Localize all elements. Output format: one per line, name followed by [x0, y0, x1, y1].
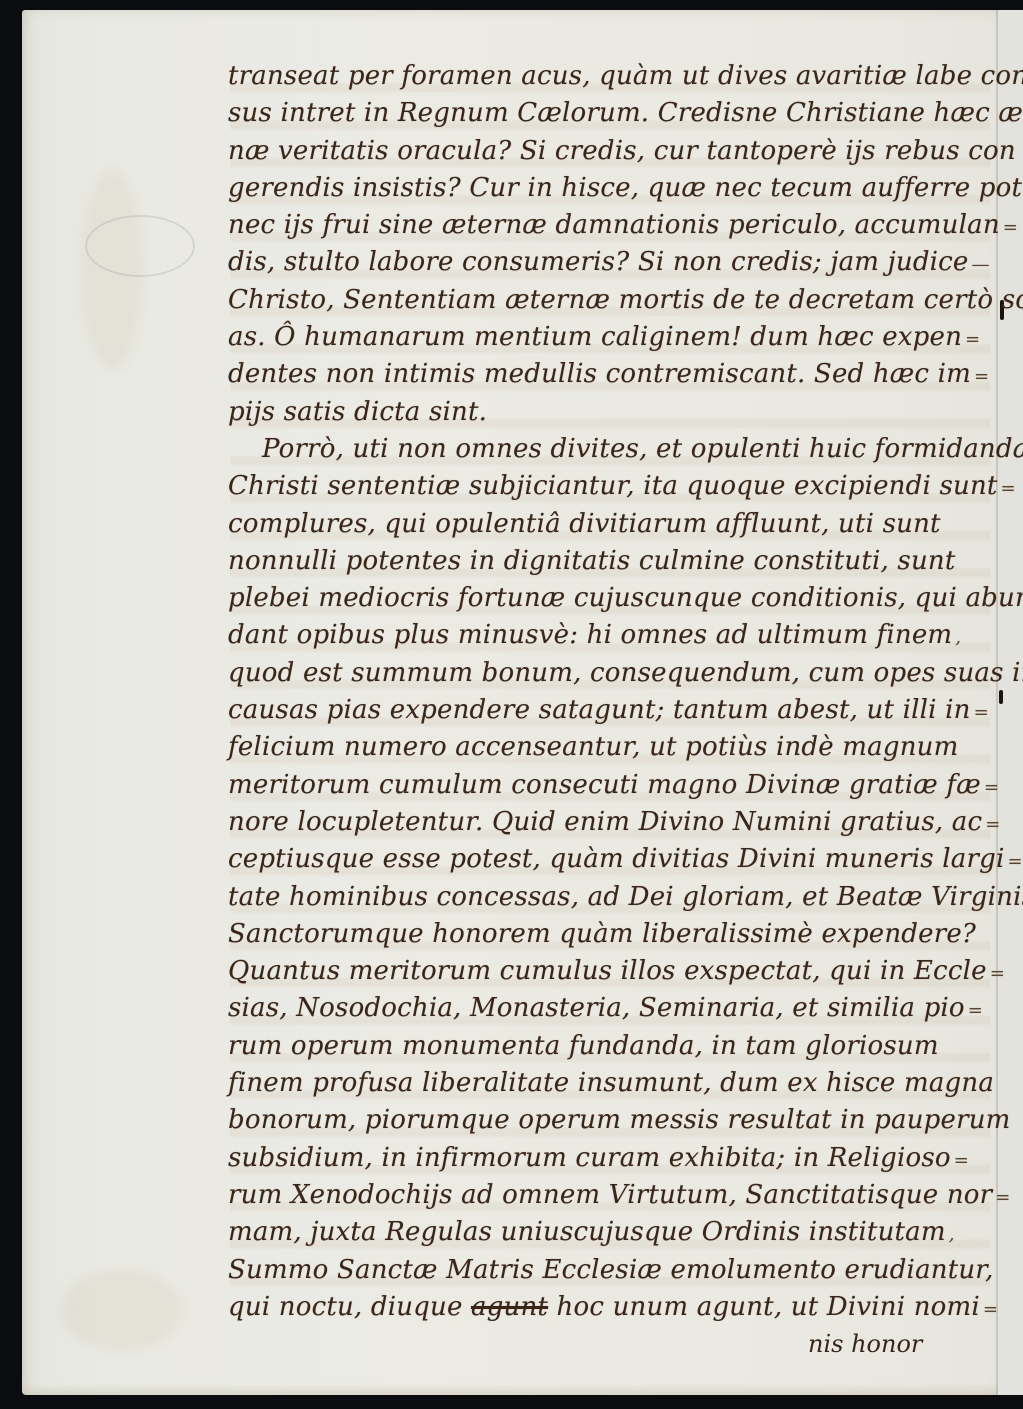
line-end-hyphen-mark: , [949, 1224, 955, 1245]
line-end-hyphen-mark: = [995, 1187, 1010, 1208]
manuscript-line: ceptiusque esse potest, quàm divitias Di… [228, 841, 998, 878]
line-text: rum operum monumenta fundanda, in tam gl… [228, 1031, 939, 1061]
line-text: mam, juxta Regulas uniuscujusque Ordinis… [228, 1217, 946, 1247]
manuscript-line: sias, Nosodochia, Monasteria, Seminaria,… [228, 990, 998, 1027]
manuscript-line: finem profusa liberalitate insumunt, dum… [228, 1065, 998, 1102]
foxing-stain [62, 1270, 182, 1350]
manuscript-line: bonorum, piorumque operum messis resulta… [228, 1102, 998, 1139]
line-end-hyphen-mark: , [955, 627, 961, 648]
manuscript-line: rum Xenodochijs ad omnem Virtutum, Sanct… [228, 1177, 998, 1214]
line-text: as. Ô humanarum mentium caliginem! dum h… [228, 322, 962, 352]
line-end-hyphen-mark: = [985, 814, 1000, 835]
line-text: complures, qui opulentiâ divitiarum affl… [228, 509, 941, 539]
line-text: ceptiusque esse potest, quàm divitias Di… [228, 844, 1004, 874]
binding-hole-mark [999, 690, 1003, 704]
manuscript-line: quod est summum bonum, consequendum, cum… [228, 655, 998, 692]
line-end-hyphen-mark: = [968, 1000, 983, 1021]
line-text: sias, Nosodochia, Monasteria, Seminaria,… [228, 993, 965, 1023]
line-end-hyphen-mark: = [1007, 851, 1022, 872]
line-end-hyphen-mark: = [1003, 217, 1018, 238]
line-text: Summo Sanctæ Matris Ecclesiæ emolumento … [228, 1255, 994, 1285]
line-end-hyphen-mark: = [984, 777, 999, 798]
manuscript-line: as. Ô humanarum mentium caliginem! dum h… [228, 319, 998, 356]
manuscript-line: dis, stulto labore consumeris? Si non cr… [228, 244, 998, 281]
manuscript-scan: transeat per foramen acus, quàm ut dives… [0, 0, 1023, 1409]
manuscript-line: Summo Sanctæ Matris Ecclesiæ emolumento … [228, 1252, 998, 1289]
manuscript-line: gerendis insistis? Cur in hisce, quæ nec… [228, 170, 998, 207]
manuscript-line: qui noctu, diuque agunt hoc unum agunt, … [228, 1289, 998, 1326]
line-text: gerendis insistis? Cur in hisce, quæ nec… [228, 173, 1023, 203]
manuscript-line: nonnulli potentes in dignitatis culmine … [228, 543, 998, 580]
manuscript-line: felicium numero accenseantur, ut potiùs … [228, 729, 998, 766]
manuscript-line: subsidium, in infirmorum curam exhibita;… [228, 1140, 998, 1177]
manuscript-line: Christi sententiæ subjiciantur, ita quoq… [228, 468, 998, 505]
line-text: Quantus meritorum cumulus illos exspecta… [228, 956, 987, 986]
line-text: subsidium, in infirmorum curam exhibita;… [228, 1143, 951, 1173]
line-text: Porrò, uti non omnes divites, et opulent… [262, 434, 1023, 464]
line-end-hyphen-mark: = [974, 702, 989, 723]
line-end-hyphen-mark: = [990, 963, 1005, 984]
struck-through-word: agunt [471, 1292, 548, 1322]
line-text: pijs satis dicta sint. [228, 397, 487, 427]
line-text: Christi sententiæ subjiciantur, ita quoq… [228, 471, 998, 501]
line-text: tate hominibus concessas, ad Dei gloriam… [228, 882, 1023, 912]
manuscript-line: transeat per foramen acus, quàm ut dives… [228, 58, 998, 95]
line-text: nore locupletentur. Quid enim Divino Num… [228, 807, 982, 837]
line-text: meritorum cumulum consecuti magno Divinæ… [228, 770, 981, 800]
line-text: felicium numero accenseantur, ut potiùs … [228, 732, 958, 762]
line-text: dis, stulto labore consumeris? Si non cr… [228, 247, 969, 277]
manuscript-line: pijs satis dicta sint. [228, 394, 998, 431]
manuscript-line: Porrò, uti non omnes divites, et opulent… [228, 431, 998, 468]
manuscript-line: Christo, Sententiam æternæ mortis de te … [228, 282, 998, 319]
manuscript-line: rum operum monumenta fundanda, in tam gl… [228, 1028, 998, 1065]
line-text: qui noctu, diuque [228, 1292, 471, 1322]
line-text: sus intret in Regnum Cælorum. Credisne C… [228, 98, 1023, 128]
catchword: nis honor [808, 1330, 922, 1358]
line-text: quod est summum bonum, consequendum, cum… [228, 658, 1023, 688]
faded-library-stamp [85, 215, 195, 277]
manuscript-line: plebei mediocris fortunæ cujuscunque con… [228, 580, 998, 617]
line-text: Christo, Sententiam æternæ mortis de te … [228, 285, 1023, 315]
manuscript-line: tate hominibus concessas, ad Dei gloriam… [228, 879, 998, 916]
line-text: bonorum, piorumque operum messis resulta… [228, 1105, 1011, 1135]
manuscript-line: Sanctorumque honorem quàm liberalissimè … [228, 916, 998, 953]
manuscript-line: næ veritatis oracula? Si credis, cur tan… [228, 133, 998, 170]
manuscript-line: dentes non intimis medullis contremiscan… [228, 356, 998, 393]
line-text: rum Xenodochijs ad omnem Virtutum, Sanct… [228, 1180, 992, 1210]
manuscript-line: complures, qui opulentiâ divitiarum affl… [228, 506, 998, 543]
line-text: plebei mediocris fortunæ cujuscunque con… [228, 583, 1023, 613]
manuscript-line: meritorum cumulum consecuti magno Divinæ… [228, 767, 998, 804]
line-end-hyphen-mark: = [983, 1299, 998, 1320]
line-text: næ veritatis oracula? Si credis, cur tan… [228, 136, 1016, 166]
line-text: transeat per foramen acus, quàm ut dives… [228, 61, 1023, 91]
manuscript-line: Quantus meritorum cumulus illos exspecta… [228, 953, 998, 990]
line-text: causas pias expendere satagunt; tantum a… [228, 695, 971, 725]
line-text: hoc unum agunt, ut Divini nomi [548, 1292, 980, 1322]
line-end-hyphen-mark: = [974, 366, 989, 387]
line-end-hyphen-mark: — [972, 254, 990, 275]
line-text: Sanctorumque honorem quàm liberalissimè … [228, 919, 976, 949]
line-text: dant opibus plus minusvè: hi omnes ad ul… [228, 620, 952, 650]
manuscript-line: nore locupletentur. Quid enim Divino Num… [228, 804, 998, 841]
manuscript-line: dant opibus plus minusvè: hi omnes ad ul… [228, 617, 998, 654]
line-end-hyphen-mark: = [965, 329, 980, 350]
manuscript-text: transeat per foramen acus, quàm ut dives… [228, 58, 998, 1326]
line-text: finem profusa liberalitate insumunt, dum… [228, 1068, 994, 1098]
line-end-hyphen-mark: = [954, 1150, 969, 1171]
line-text: dentes non intimis medullis contremiscan… [228, 359, 971, 389]
line-text: nonnulli potentes in dignitatis culmine … [228, 546, 956, 576]
manuscript-line: sus intret in Regnum Cælorum. Credisne C… [228, 95, 998, 132]
line-end-hyphen-mark: = [1001, 478, 1016, 499]
manuscript-line: nec ijs frui sine æternæ damnationis per… [228, 207, 998, 244]
manuscript-line: mam, juxta Regulas uniuscujusque Ordinis… [228, 1214, 998, 1251]
manuscript-line: causas pias expendere satagunt; tantum a… [228, 692, 998, 729]
line-text: nec ijs frui sine æternæ damnationis per… [228, 210, 1000, 240]
